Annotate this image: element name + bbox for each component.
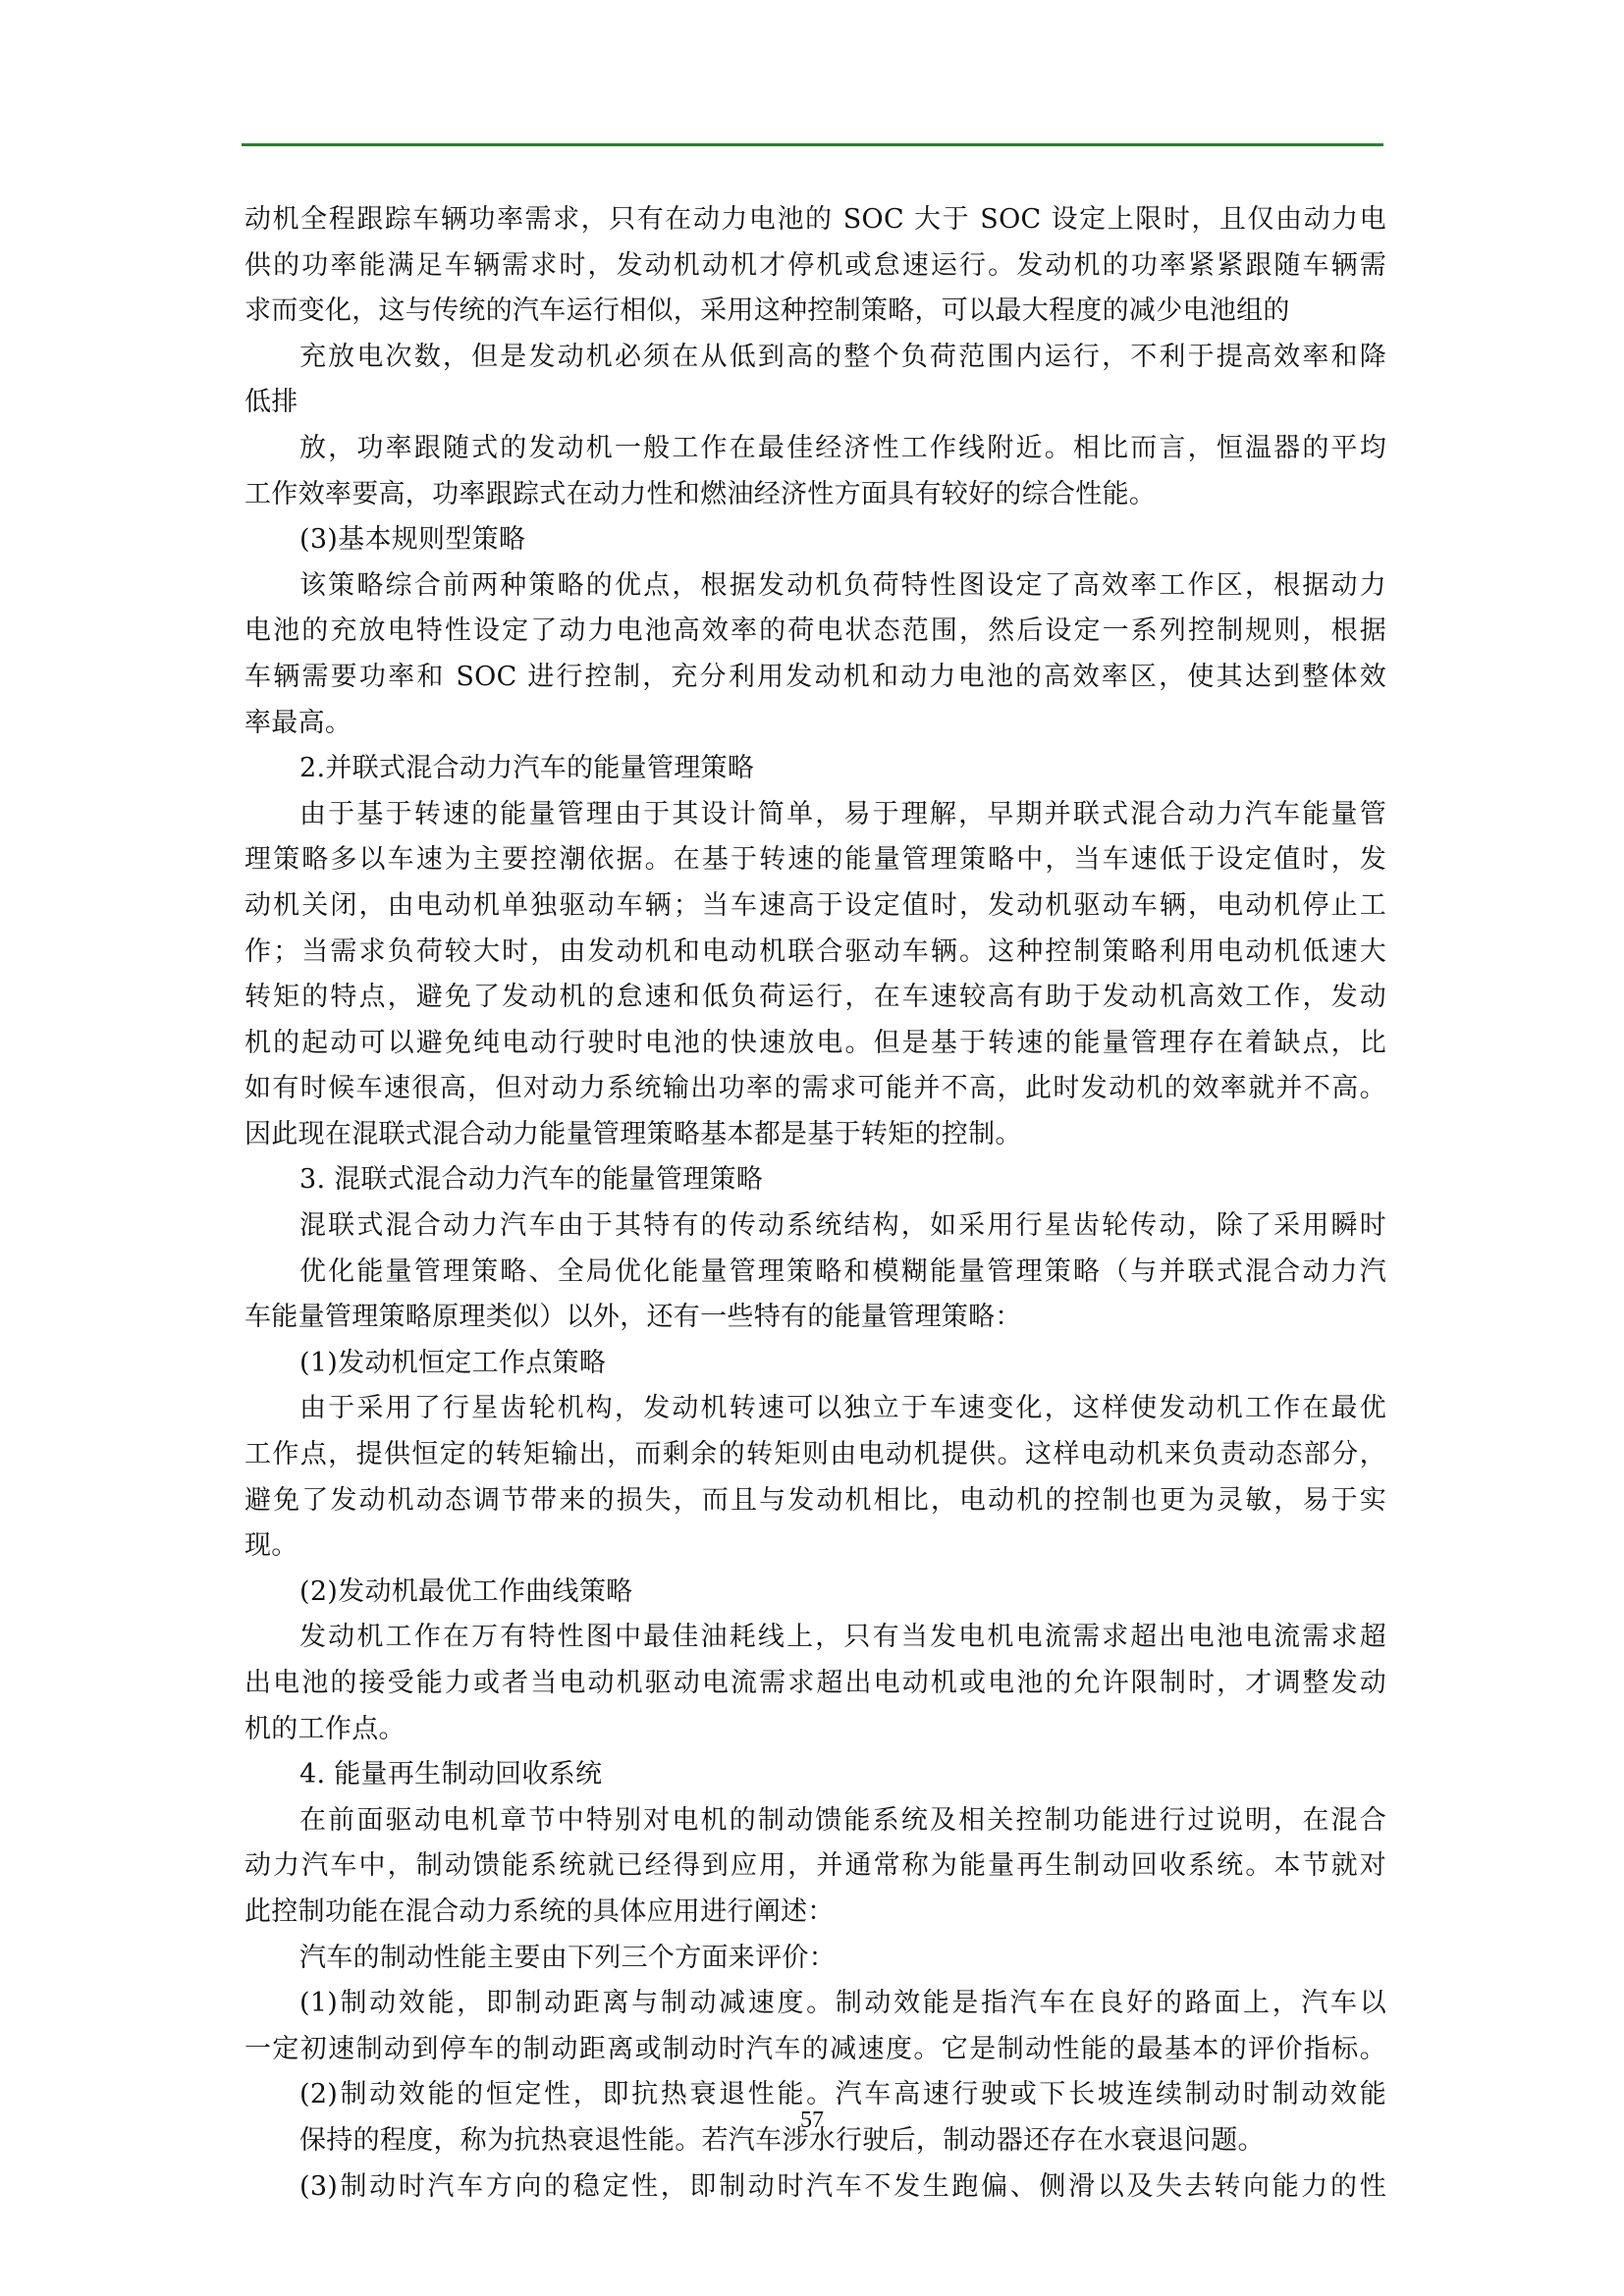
text-line: 发动机工作在万有特性图中最佳油耗线上，只有当发电机电流需求超出电池电流需求超: [244, 1615, 1386, 1661]
text-line: 在前面驱动电机章节中特别对电机的制动馈能系统及相关控制功能进行过说明，在混合: [244, 1798, 1386, 1844]
text-line: 放，功率跟随式的发动机一般工作在最佳经济性工作线附近。相比而言，恒温器的平均: [244, 426, 1386, 472]
text-line: 汽车的制动性能主要由下列三个方面来评价：: [244, 1936, 1386, 1982]
text-line: (2)发动机最优工作曲线策略: [244, 1570, 1386, 1616]
text-line: 工作效率要高，功率跟踪式在动力性和燃油经济性方面具有较好的综合性能。: [244, 472, 1386, 518]
text-line: 理策略多以车速为主要控潮依据。在基于转速的能量管理策略中，当车速低于设定值时，发: [244, 837, 1386, 883]
text-line: 作；当需求负荷较大时，由发动机和电动机联合驱动车辆。这种控制策略利用电动机低速大: [244, 930, 1386, 976]
text-line: 动力汽车中，制动馈能系统就已经得到应用，并通常称为能量再生制动回收系统。本节就对: [244, 1843, 1386, 1890]
text-line: 车辆需要功率和 SOC 进行控制，充分利用发动机和动力电池的高效率区，使其达到整…: [244, 655, 1386, 701]
text-line: 工作点，提供恒定的转矩输出，而剩余的转矩则由电动机提供。这样电动机来负责动态部分…: [244, 1432, 1386, 1478]
text-line: 该策略综合前两种策略的优点，根据发动机负荷特性图设定了高效率工作区，根据动力: [244, 563, 1386, 610]
text-line: 一定初速制动到停车的制动距离或制动时汽车的减速度。它是制动性能的最基本的评价指标…: [244, 2027, 1386, 2073]
text-line: 电池的充放电特性设定了动力电池高效率的荷电状态范围，然后设定一系列控制规则，根据: [244, 609, 1386, 655]
text-line: (3)基本规则型策略: [244, 517, 1386, 563]
text-line: 由于采用了行星齿轮机构，发动机转速可以独立于车速变化，这样使发动机工作在最优: [244, 1386, 1386, 1432]
text-line: 动机关闭，由电动机单独驱动车辆；当车速高于设定值时，发动机驱动车辆，电动机停止工: [244, 883, 1386, 930]
page-number: 57: [0, 2108, 1624, 2134]
text-line: 供的功率能满足车辆需求时，发动机动机才停机或怠速运行。发动机的功率紧紧跟随车辆需: [244, 243, 1386, 290]
text-line: 因此现在混联式混合动力能量管理策略基本都是基于转矩的控制。: [244, 1112, 1386, 1158]
text-line: 优化能量管理策略、全局优化能量管理策略和模糊能量管理策略（与并联式混合动力汽: [244, 1250, 1386, 1296]
text-line: 出电池的接受能力或者当电动机驱动电流需求超出电动机或电池的允许限制时，才调整发动: [244, 1661, 1386, 1707]
text-line: 低排: [244, 380, 1386, 426]
text-line: 动机全程跟踪车辆功率需求，只有在动力电池的 SOC 大于 SOC 设定上限时，且…: [244, 197, 1386, 243]
text-line: 转矩的特点，避免了发动机的怠速和低负荷运行，在车速较高有助于发动机高效工作，发动: [244, 975, 1386, 1021]
text-line: 此控制功能在混合动力系统的具体应用进行阐述：: [244, 1890, 1386, 1936]
text-line: (3)制动时汽车方向的稳定性，即制动时汽车不发生跑偏、侧滑以及失去转向能力的性: [244, 2164, 1386, 2211]
text-line: 避免了发动机动态调节带来的损失，而且与发动机相比，电动机的控制也更为灵敏，易于实: [244, 1478, 1386, 1524]
text-line: 混联式混合动力汽车由于其特有的传动系统结构，如采用行星齿轮传动，除了采用瞬时: [244, 1203, 1386, 1250]
text-line: 车能量管理策略原理类似）以外，还有一些特有的能量管理策略：: [244, 1295, 1386, 1341]
header-rule: [242, 143, 1383, 146]
text-line: 3. 混联式混合动力汽车的能量管理策略: [244, 1157, 1386, 1203]
text-line: (1)制动效能，即制动距离与制动减速度。制动效能是指汽车在良好的路面上，汽车以: [244, 1981, 1386, 2027]
text-line: 由于基于转速的能量管理由于其设计简单，易于理解，早期并联式混合动力汽车能量管: [244, 792, 1386, 838]
text-line: 现。: [244, 1523, 1386, 1570]
text-line: 4. 能量再生制动回收系统: [244, 1752, 1386, 1798]
text-line: 率最高。: [244, 701, 1386, 747]
body-text: 动机全程跟踪车辆功率需求，只有在动力电池的 SOC 大于 SOC 设定上限时，且…: [244, 197, 1386, 2210]
text-line: 充放电次数，但是发动机必须在从低到高的整个负荷范围内运行，不利于提高效率和降: [244, 335, 1386, 381]
text-line: 机的工作点。: [244, 1707, 1386, 1753]
text-line: 2.并联式混合动力汽车的能量管理策略: [244, 746, 1386, 792]
text-line: 求而变化，这与传统的汽车运行相似，采用这种控制策略，可以最大程度的减少电池组的: [244, 289, 1386, 335]
text-line: (1)发动机恒定工作点策略: [244, 1341, 1386, 1387]
text-line: 机的起动可以避免纯电动行驶时电池的快速放电。但是基于转速的能量管理存在着缺点，比: [244, 1021, 1386, 1067]
text-line: 如有时候车速很高，但对动力系统输出功率的需求可能并不高，此时发动机的效率就并不高…: [244, 1066, 1386, 1112]
